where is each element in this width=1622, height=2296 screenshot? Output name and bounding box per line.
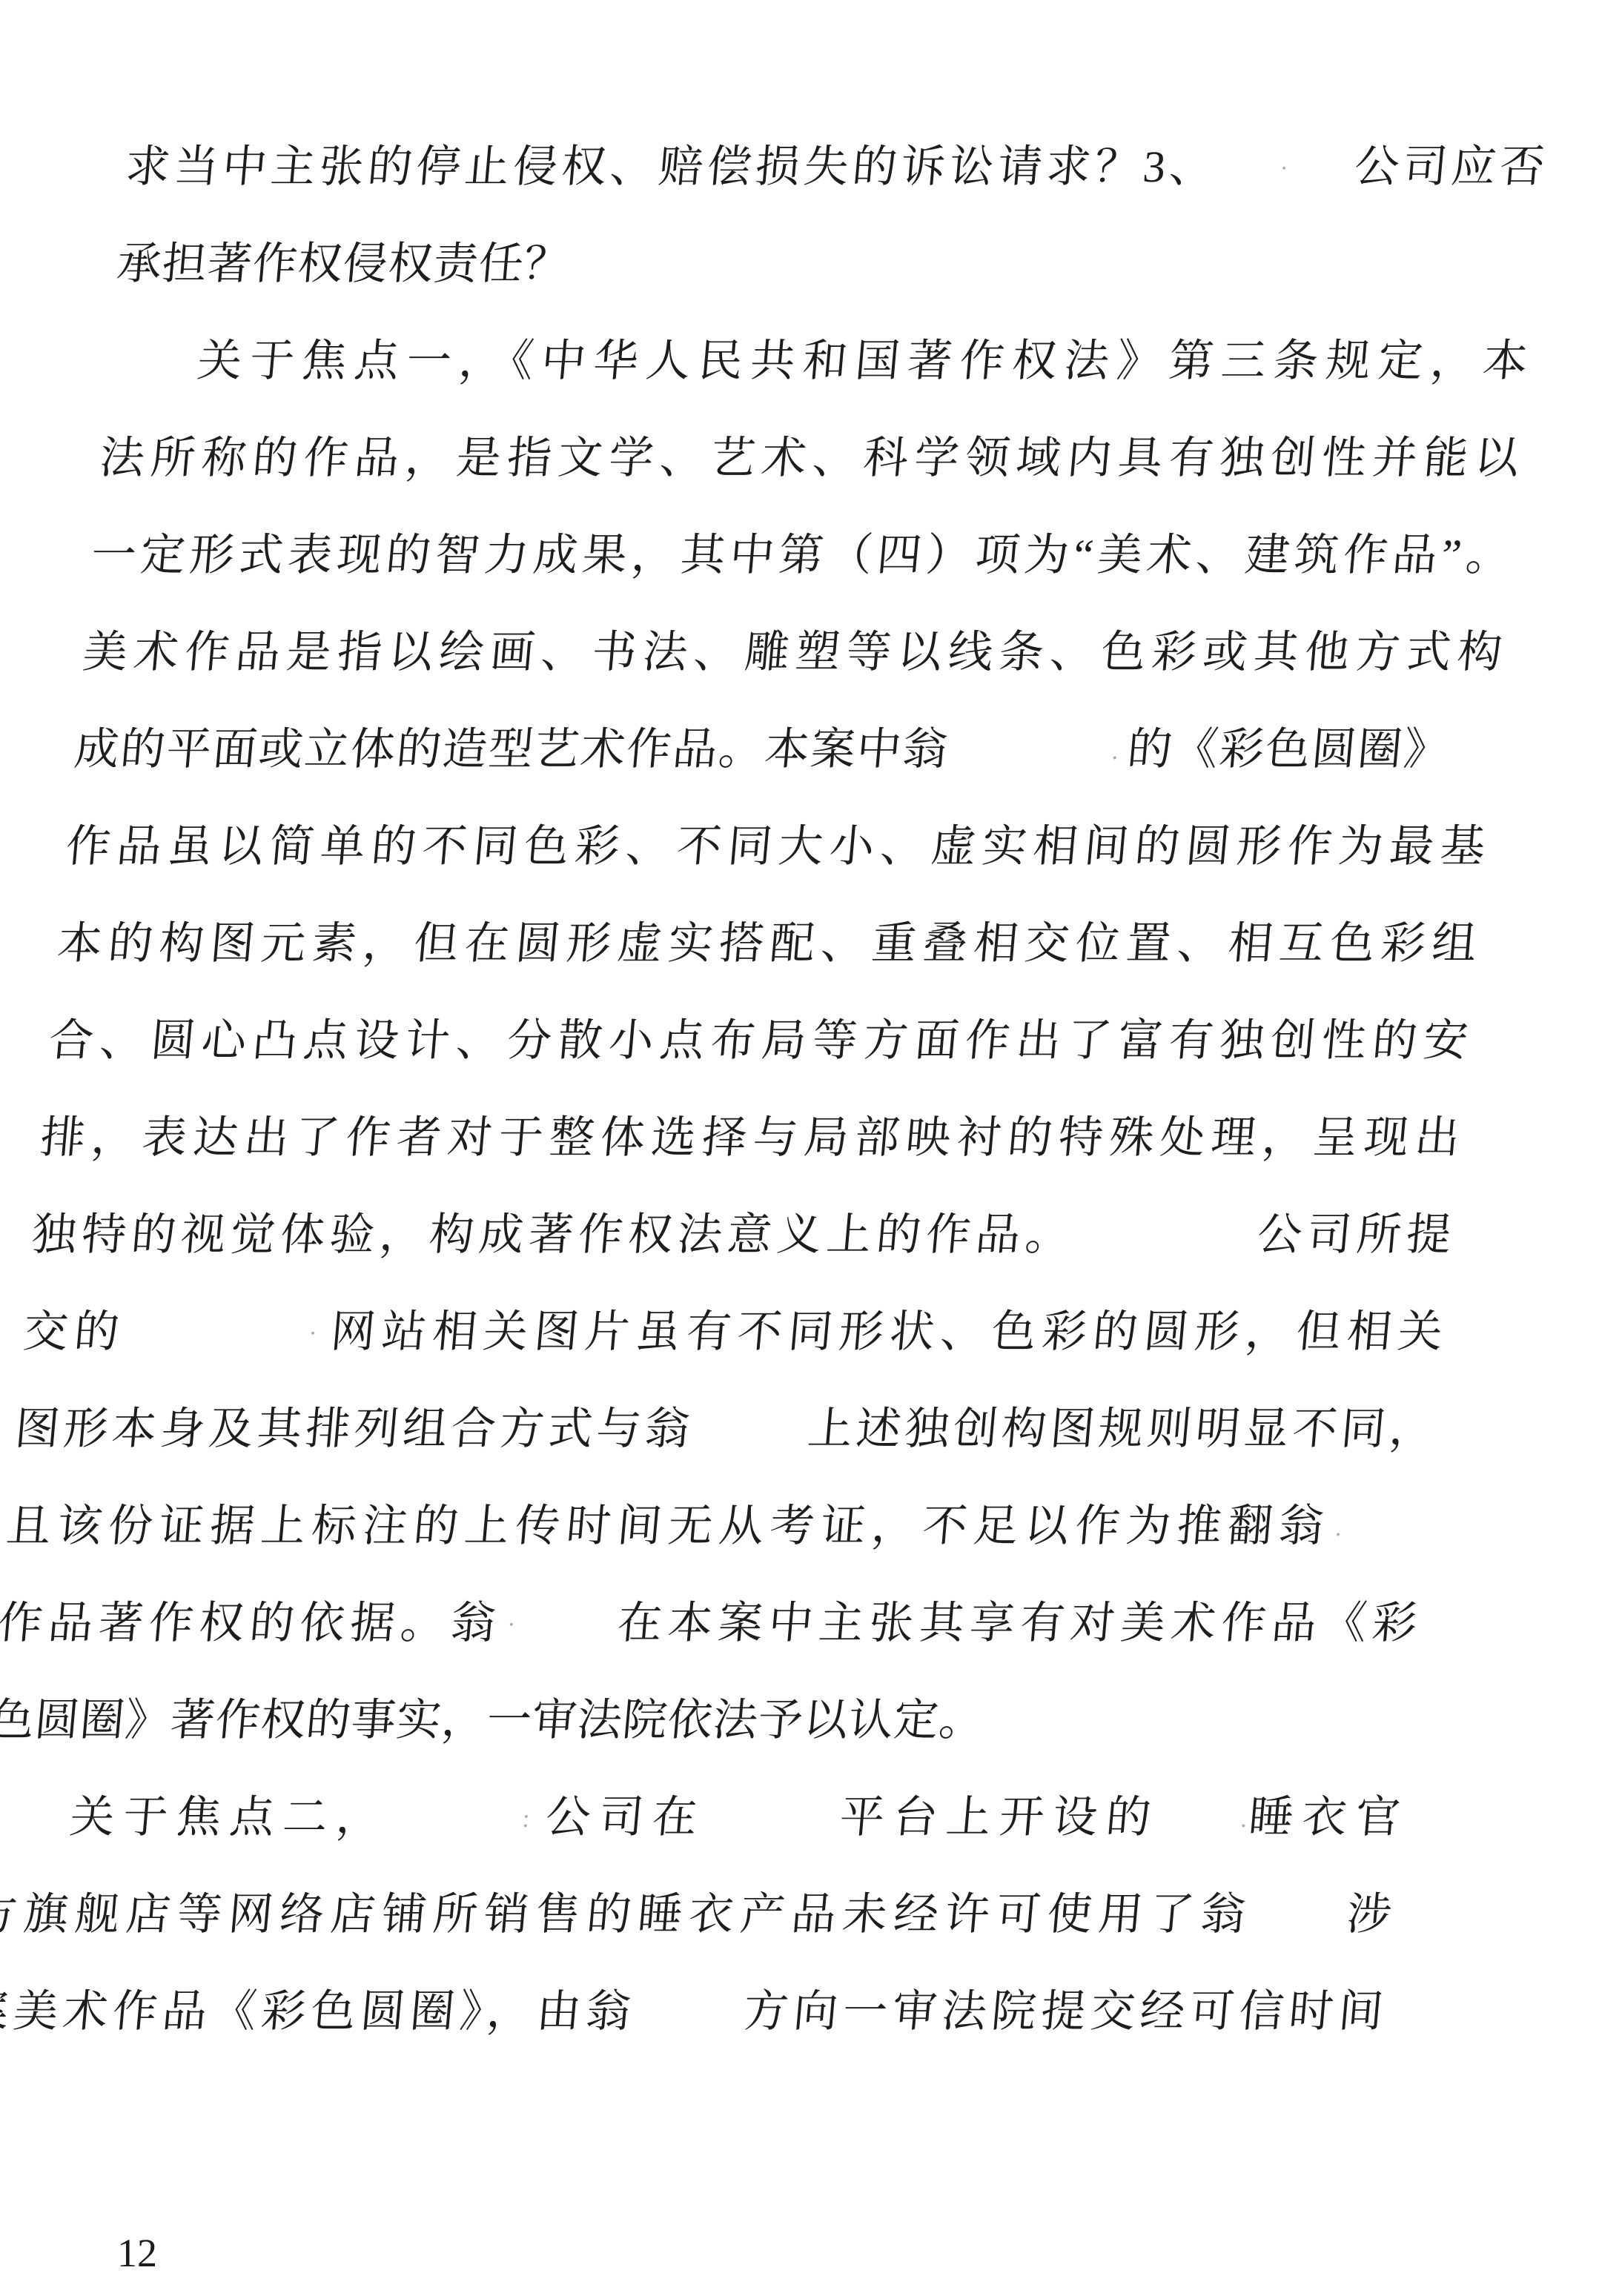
text-segment: 求当中主张的停止侵权、赔偿损失的诉讼请求？3、 [123,142,1219,191]
document-line: 一定形式表现的智力成果，其中第（四）项为“美术、建筑作品”。 [87,507,1515,604]
document-line: 美术作品是指以绘画、书法、雕塑等以线条、色彩或其他方式构 [79,604,1506,701]
document-line: 求当中主张的停止侵权、赔偿损失的诉讼请求？3、·公司应否 [122,119,1549,216]
redaction-gap [1251,1926,1340,1929]
page-number: 12 [117,2231,157,2275]
redaction-gap: · [500,1635,612,1638]
redaction-trace: . [1151,1807,1248,1832]
document-line: 成的平面或立体的造型艺术作品。本案中翁.的《彩色圆圈》 [70,701,1498,798]
text-segment: 图形本身及其排列组合方式与翁 [13,1404,695,1453]
text-segment: 一定形式表现的智力成果，其中第（四）项为“美术、建筑作品”。 [90,531,1514,580]
document-line: 且该份证据上标注的上传时间无从考证，不足以作为推翻翁. [2,1478,1430,1575]
document-line: 独特的视觉体验，构成著作权法意义上的作品。公司所提 [27,1187,1455,1284]
document-line: 色圆圈》著作权的事实，一审法院依法予以认定。 [0,1672,1414,1769]
document-line: 关于焦点二，:公司在平台上开设的.睡衣官 [0,1769,1405,1866]
redaction-gap: · [124,1344,324,1347]
redaction-gap: . [1158,1829,1239,1832]
redaction-gap [692,1441,804,1444]
text-segment: 方旗舰店等网络店铺所销售的睡衣产品未经许可使用了翁 [0,1890,1254,1939]
document-line: 图形本身及其排列组合方式与翁上述独创构图规则明显不同， [11,1381,1439,1478]
text-segment: 网站相关图片虽有不同形状、色彩的圆形，但相关 [323,1307,1446,1356]
redaction-gap: : [388,1829,537,1832]
document-line: 交的·网站相关图片虽有不同形状、色彩的圆形，但相关 [19,1284,1447,1381]
document-page: 求当中主张的停止侵权、赔偿损失的诉讼请求？3、·公司应否承担著作权侵权责任？关于… [0,0,1622,2296]
text-segment: 案美术作品《彩色圆圈》，由翁 [0,1987,638,2036]
redaction-trace: : [432,1807,531,1832]
text-segment: 睡衣官 [1239,1793,1403,1842]
text-segment: 承担著作权侵权责任？ [115,239,572,288]
text-segment: 且该份证据上标注的上传时间无从考证，不足以作为推翻翁 [4,1502,1332,1550]
redaction-trace: · [308,1321,319,1347]
text-segment: 合、圆心凸点设计、分散小点布局等方面作出了富有独创性的安 [47,1016,1471,1065]
text-segment: 公司所提 [1251,1210,1454,1259]
text-segment: 成的平面或立体的造型艺术作品。本案中翁 [73,725,951,774]
text-segment: 在本案中主张其享有对美术作品《彩 [610,1599,1420,1648]
document-text: 求当中主张的停止侵权、赔偿损失的诉讼请求？3、·公司应否承担著作权侵权责任？关于… [0,119,1549,2060]
redaction-gap [1073,1247,1251,1250]
text-segment: 法所称的作品，是指文学、艺术、科学领域内具有独创性并能以 [98,434,1522,482]
redaction-gap: . [947,761,1125,764]
redaction-trace: . [1334,1516,1343,1541]
redaction-gap [635,2023,738,2026]
text-segment: 本的构图元素，但在圆形虚实搭配、重叠相交位置、相互色彩组 [56,919,1480,968]
text-segment: 关于焦点二， [68,1793,392,1842]
text-segment: 作品著作权的依据。翁 [0,1599,503,1648]
text-segment: 公司在 [536,1793,708,1842]
document-line: 方旗舰店等网络店铺所销售的睡衣产品未经许可使用了翁涉 [0,1866,1397,1963]
text-segment: 色圆圈》著作权的事实，一审法院依法予以认定。 [0,1696,987,1745]
text-segment: 涉 [1339,1890,1394,1939]
text-segment: 关于焦点一，《中华人民共和国著作权法》第三条规定，本 [196,336,1531,385]
text-segment: 交的 [21,1307,128,1356]
text-segment: 美术作品是指以绘画、书法、雕塑等以线条、色彩或其他方式构 [81,628,1505,677]
text-segment: 平台上开设的 [830,1793,1162,1842]
text-segment: 独特的视觉体验，构成著作权法意义上的作品。 [30,1210,1077,1259]
document-line: 合、圆心凸点设计、分散小点布局等方面作出了富有独创性的安 [44,992,1472,1089]
text-segment: 作品虽以简单的不同色彩、不同大小、虚实相间的圆形作为最基 [64,822,1488,871]
document-line: 作品虽以简单的不同色彩、不同大小、虚实相间的圆形作为最基 [62,798,1489,895]
document-line: 作品著作权的依据。翁·在本案中主张其享有对美术作品《彩 [0,1575,1422,1672]
redaction-trace: · [1279,156,1290,182]
text-segment: 公司应否 [1349,142,1547,191]
document-line: 关于焦点一，《中华人民共和国著作权法》第三条规定，本 [105,313,1532,410]
text-segment: 方向一审法院提交经可信时间 [738,1987,1386,2036]
document-line: 法所称的作品，是指文学、艺术、科学领域内具有独创性并能以 [96,410,1523,507]
document-line: 本的构图元素，但在圆形虚实搭配、重叠相交位置、相互色彩组 [53,895,1481,992]
text-segment: 上述独创构图规则明显不同， [803,1404,1437,1453]
document-line: 案美术作品《彩色圆圈》，由翁方向一审法院提交经可信时间 [0,1963,1388,2060]
redaction-gap [704,1829,830,1832]
redaction-gap [1449,761,1493,764]
document-line: 承担著作权侵权责任？ [113,216,1540,313]
text-segment: 排，表达出了作者对于整体选择与局部映衬的特殊处理，呈现出 [39,1113,1463,1162]
document-line: 排，表达出了作者对于整体选择与局部映衬的特殊处理，呈现出 [36,1089,1464,1187]
redaction-trace: · [506,1613,517,1638]
text-segment: 的《彩色圆圈》 [1125,725,1451,774]
redaction-gap: · [1216,179,1350,182]
redaction-trace: . [1111,739,1120,764]
redaction-gap: . [1328,1538,1425,1541]
